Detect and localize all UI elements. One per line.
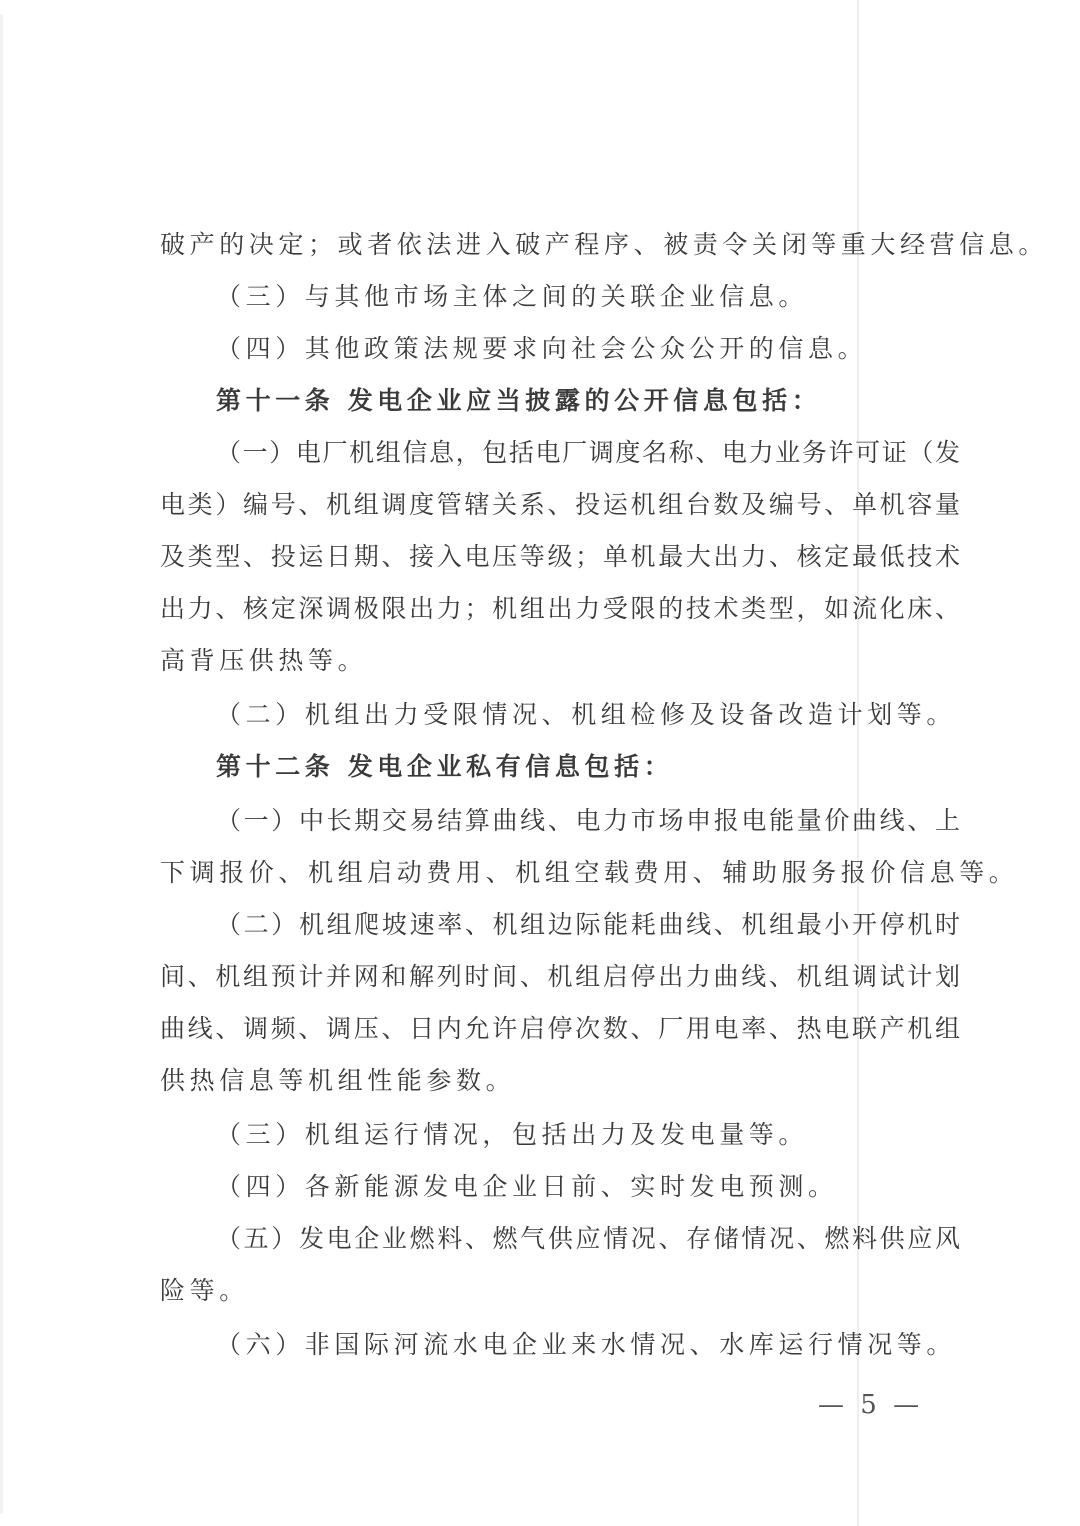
text-line: 险等。 <box>160 1276 960 1306</box>
article-heading: 第十二条 发电企业私有信息包括： <box>216 752 960 782</box>
text-line: （一）中长期交易结算曲线、电力市场申报电能量价曲线、上 <box>216 806 960 836</box>
text-line: （四）其他政策法规要求向社会公众公开的信息。 <box>216 334 960 364</box>
text-line: （二）机组出力受限情况、机组检修及设备改造计划等。 <box>216 700 960 730</box>
text-line: 供热信息等机组性能参数。 <box>160 1066 960 1096</box>
scan-edge <box>0 14 3 1514</box>
text-line: （四）各新能源发电企业日前、实时发电预测。 <box>216 1172 960 1202</box>
text-line: （五）发电企业燃料、燃气供应情况、存储情况、燃料供应风 <box>216 1224 960 1254</box>
article-heading: 第十一条 发电企业应当披露的公开信息包括： <box>216 386 960 416</box>
page-number: — 5 — <box>818 1390 923 1420</box>
text-line: 破产的决定；或者依法进入破产程序、被责令关闭等重大经营信息。 <box>160 230 960 260</box>
text-line: 曲线、调频、调压、日内允许启停次数、厂用电率、热电联产机组 <box>160 1014 960 1044</box>
text-line: 高背压供热等。 <box>160 646 960 676</box>
text-line: 电类）编号、机组调度管辖关系、投运机组台数及编号、单机容量 <box>160 490 960 520</box>
text-line: （二）机组爬坡速率、机组边际能耗曲线、机组最小开停机时 <box>216 910 960 940</box>
text-line: （一）电厂机组信息，包括电厂调度名称、电力业务许可证（发 <box>216 438 960 468</box>
text-line: （六）非国际河流水电企业来水情况、水库运行情况等。 <box>216 1330 960 1360</box>
text-line: 出力、核定深调极限出力；机组出力受限的技术类型，如流化床、 <box>160 594 960 624</box>
text-line: （三）与其他市场主体之间的关联企业信息。 <box>216 282 960 312</box>
text-line: （三）机组运行情况，包括出力及发电量等。 <box>216 1120 960 1150</box>
text-line: 及类型、投运日期、接入电压等级；单机最大出力、核定最低技术 <box>160 542 960 572</box>
text-line: 间、机组预计并网和解列时间、机组启停出力曲线、机组调试计划 <box>160 962 960 992</box>
text-line: 下调报价、机组启动费用、机组空载费用、辅助服务报价信息等。 <box>160 858 960 888</box>
